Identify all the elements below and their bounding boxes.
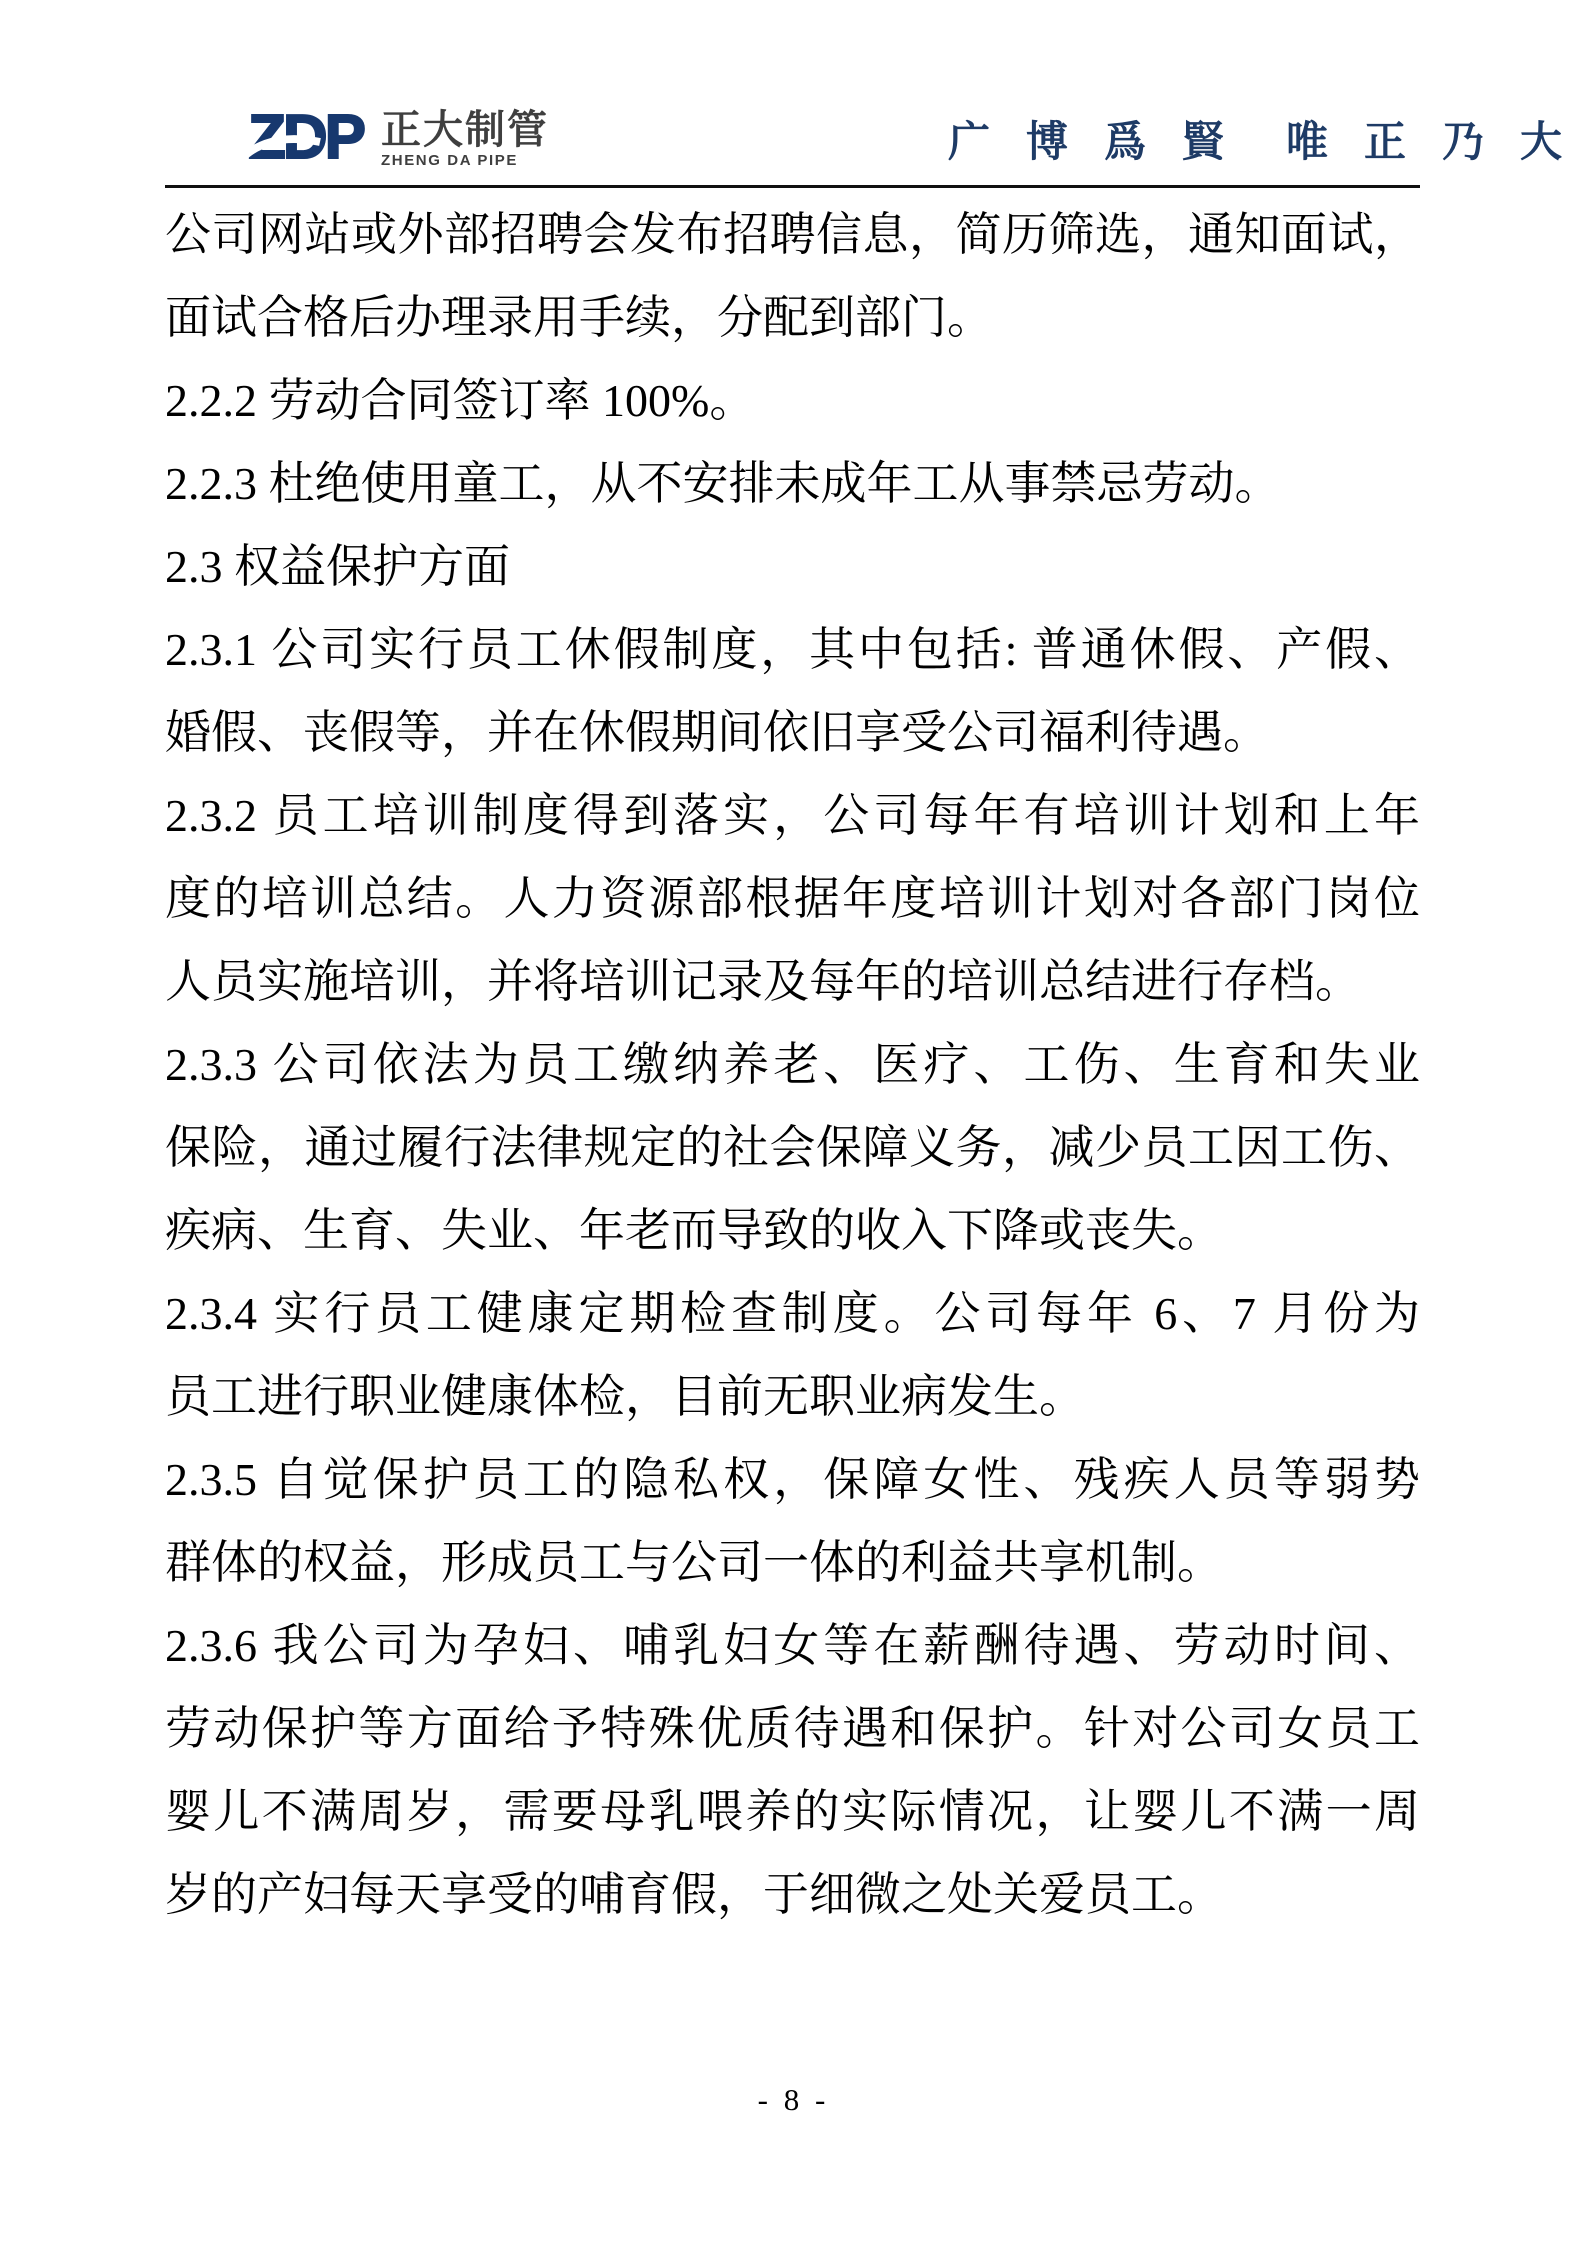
logo-abbr-text: ZDP bbox=[248, 103, 363, 172]
body-line: 2.3.2 员工培训制度得到落实，公司每年有培训计划和上年 bbox=[165, 774, 1420, 857]
motto-left: 广博爲賢 bbox=[948, 120, 1260, 166]
logo-zdp-wordmark: ZDP bbox=[248, 110, 363, 166]
body-line: 2.2.2 劳动合同签订率 100%。 bbox=[165, 359, 1420, 442]
logo-names: 正大制管 ZHENG DA PIPE bbox=[381, 110, 549, 170]
page-number: - 8 - bbox=[758, 2082, 830, 2117]
document-page: ZDP 正大制管 ZHENG DA PIPE 广博爲賢唯正乃大 公司网站或外部招… bbox=[0, 0, 1587, 2245]
body-line: 公司网站或外部招聘会发布招聘信息，简历筛选，通知面试， bbox=[165, 193, 1420, 276]
document-body: 公司网站或外部招聘会发布招聘信息，简历筛选，通知面试，面试合格后办理录用手续，分… bbox=[165, 193, 1420, 1936]
header-motto: 广博爲賢唯正乃大 bbox=[948, 120, 1587, 166]
body-line: 2.2.3 杜绝使用童工，从不安排未成年工从事禁忌劳动。 bbox=[165, 442, 1420, 525]
body-line: 保险，通过履行法律规定的社会保障义务，减少员工因工伤、 bbox=[165, 1106, 1420, 1189]
logo-chinese-name: 正大制管 bbox=[381, 110, 549, 150]
body-line: 婚假、丧假等，并在休假期间依旧享受公司福利待遇。 bbox=[165, 691, 1420, 774]
body-line: 度的培训总结。人力资源部根据年度培训计划对各部门岗位 bbox=[165, 857, 1420, 940]
body-line: 2.3.5 自觉保护员工的隐私权，保障女性、残疾人员等弱势 bbox=[165, 1438, 1420, 1521]
body-line: 2.3.4 实行员工健康定期检查制度。公司每年 6、7 月份为 bbox=[165, 1272, 1420, 1355]
body-line: 2.3.1 公司实行员工休假制度，其中包括: 普通休假、产假、 bbox=[165, 608, 1420, 691]
page-footer: - 8 - bbox=[0, 2082, 1587, 2118]
body-line: 岁的产妇每天享受的哺育假，于细微之处关爱员工。 bbox=[165, 1853, 1420, 1936]
body-line: 2.3.6 我公司为孕妇、哺乳妇女等在薪酬待遇、劳动时间、 bbox=[165, 1604, 1420, 1687]
body-line: 面试合格后办理录用手续，分配到部门。 bbox=[165, 276, 1420, 359]
body-line: 劳动保护等方面给予特殊优质待遇和保护。针对公司女员工 bbox=[165, 1687, 1420, 1770]
body-line: 疾病、生育、失业、年老而导致的收入下降或丧失。 bbox=[165, 1189, 1420, 1272]
logo-english-name: ZHENG DA PIPE bbox=[381, 152, 549, 170]
body-line: 2.3.3 公司依法为员工缴纳养老、医疗、工伤、生育和失业 bbox=[165, 1023, 1420, 1106]
motto-right: 唯正乃大 bbox=[1286, 120, 1587, 166]
header-divider bbox=[165, 185, 1420, 188]
body-line: 人员实施培训，并将培训记录及每年的培训总结进行存档。 bbox=[165, 940, 1420, 1023]
company-logo: ZDP 正大制管 ZHENG DA PIPE bbox=[248, 110, 549, 170]
body-line: 员工进行职业健康体检，目前无职业病发生。 bbox=[165, 1355, 1420, 1438]
body-line: 群体的权益，形成员工与公司一体的利益共享机制。 bbox=[165, 1521, 1420, 1604]
body-line: 婴儿不满周岁，需要母乳喂养的实际情况，让婴儿不满一周 bbox=[165, 1770, 1420, 1853]
body-line: 2.3 权益保护方面 bbox=[165, 525, 1420, 608]
